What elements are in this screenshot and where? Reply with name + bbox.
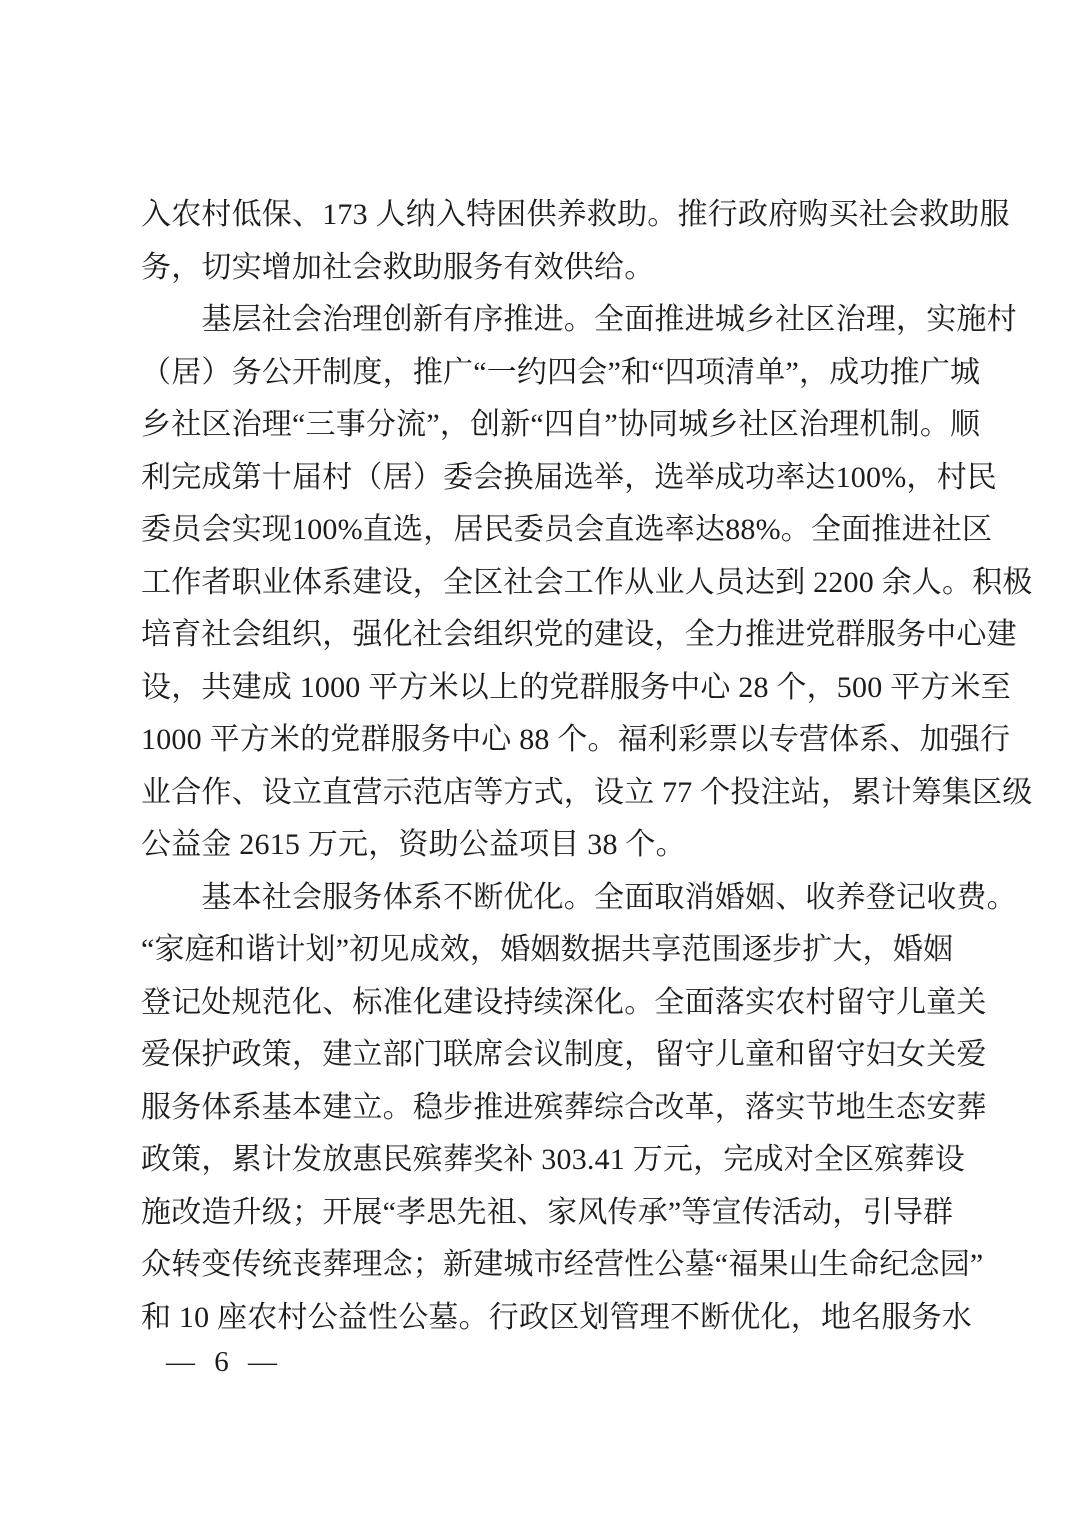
text-line: 入农村低保、173 人纳入特困供养救助。推行政府购买社会救助服 (141, 189, 947, 242)
text-line: 基本社会服务体系不断优化。全面取消婚姻、收养登记收费。 (141, 872, 947, 925)
text-line: 业合作、设立直营示范店等方式，设立 77 个投注站，累计筹集区级 (141, 767, 947, 820)
text-line: 和 10 座农村公益性公墓。行政区划管理不断优化，地名服务水 (141, 1292, 947, 1345)
text-line: 基层社会治理创新有序推进。全面推进城乡社区治理，实施村 (141, 294, 947, 347)
text-line: 登记处规范化、标准化建设持续深化。全面落实农村留守儿童关 (141, 977, 947, 1030)
text-line: 设，共建成 1000 平方米以上的党群服务中心 28 个，500 平方米至 (141, 662, 947, 715)
text-line: 务，切实增加社会救助服务有效供给。 (141, 242, 947, 295)
text-line: 爱保护政策，建立部门联席会议制度，留守儿童和留守妇女关爱 (141, 1029, 947, 1082)
text-line: 政策，累计发放惠民殡葬奖补 303.41 万元，完成对全区殡葬设 (141, 1134, 947, 1187)
text-line: “家庭和谐计划”初见成效，婚姻数据共享范围逐步扩大，婚姻 (141, 924, 947, 977)
text-line: 培育社会组织，强化社会组织党的建设，全力推进党群服务中心建 (141, 609, 947, 662)
text-line: 乡社区治理“三事分流”，创新“四自”协同城乡社区治理机制。顺 (141, 399, 947, 452)
text-line: 众转变传统丧葬理念；新建城市经营性公墓“福果山生命纪念园” (141, 1239, 947, 1292)
text-line: 委员会实现100%直选，居民委员会直选率达88%。全面推进社区 (141, 504, 947, 557)
text-line: 利完成第十届村（居）委会换届选举，选举成功率达100%，村民 (141, 452, 947, 505)
text-line: 1000 平方米的党群服务中心 88 个。福利彩票以专营体系、加强行 (141, 714, 947, 767)
page-number: — 6 — (166, 1342, 283, 1382)
text-line: 工作者职业体系建设，全区社会工作从业人员达到 2200 余人。积极 (141, 557, 947, 610)
text-line: （居）务公开制度，推广“一约四会”和“四项清单”，成功推广城 (141, 347, 947, 400)
text-line: 服务体系基本建立。稳步推进殡葬综合改革，落实节地生态安葬 (141, 1082, 947, 1135)
body-text: 入农村低保、173 人纳入特困供养救助。推行政府购买社会救助服 务，切实增加社会… (141, 189, 947, 1344)
document-page: 入农村低保、173 人纳入特困供养救助。推行政府购买社会救助服 务，切实增加社会… (0, 0, 1074, 1520)
text-line: 施改造升级；开展“孝思先祖、家风传承”等宣传活动，引导群 (141, 1187, 947, 1240)
text-line: 公益金 2615 万元，资助公益项目 38 个。 (141, 819, 947, 872)
